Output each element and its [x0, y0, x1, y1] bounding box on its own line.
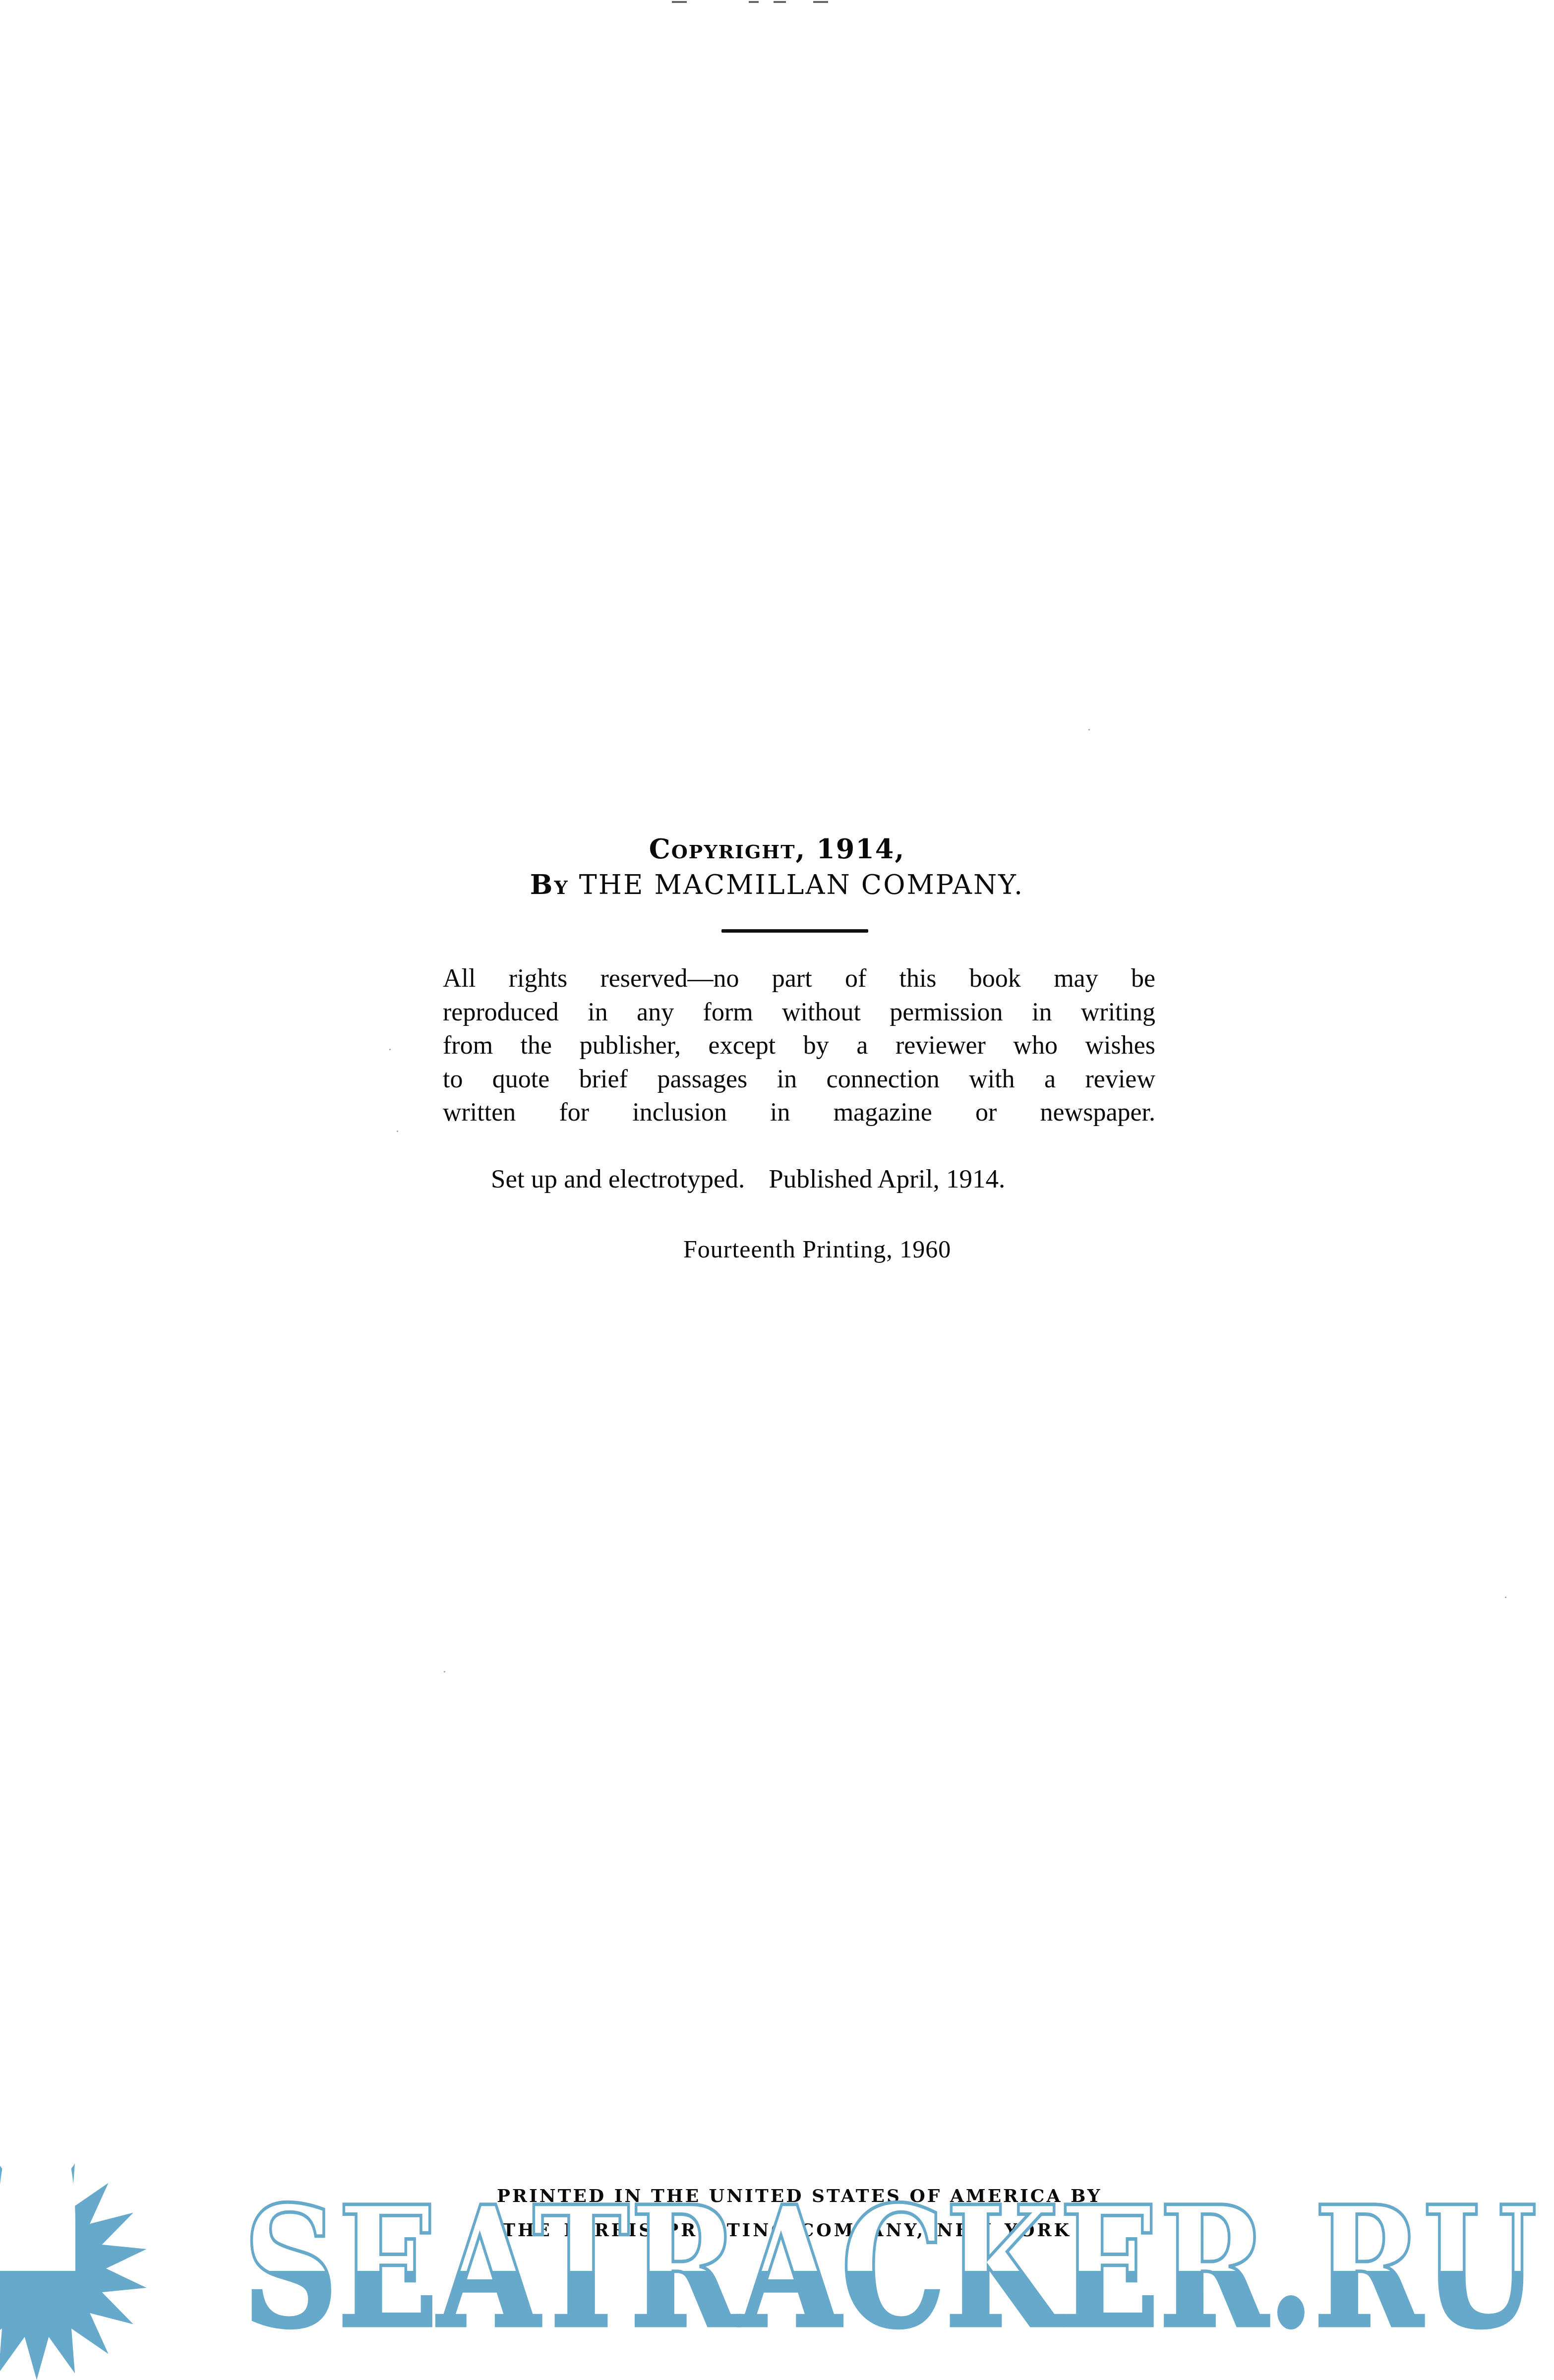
publisher-prefix: By — [530, 869, 569, 900]
scan-artifact — [774, 1, 786, 3]
scan-speck — [1505, 1597, 1506, 1598]
divider-rule — [721, 929, 868, 933]
setup-note: Set up and electrotyped. — [491, 1165, 745, 1193]
scan-speck — [444, 1671, 445, 1672]
copyright-comma: , — [796, 833, 817, 865]
copyright-notice: Copyright, 1914, — [0, 833, 1554, 865]
publisher-name: THE MACMILLAN COMPANY. — [579, 869, 1024, 900]
rights-line: reproduced in any form without permissio… — [443, 996, 1155, 1029]
copyright-year: 1914, — [816, 833, 905, 865]
rights-line: All rights reserved—no part of this book… — [443, 962, 1155, 996]
publisher-notice: By THE MACMILLAN COMPANY. — [0, 869, 1554, 900]
publication-info: Set up and electrotyped.Published April,… — [491, 1164, 1097, 1194]
rights-reserved-paragraph: All rights reserved—no part of this book… — [443, 962, 1155, 1130]
watermark: SEATRACKER.RU SEATRACKER.RU — [0, 2147, 1554, 2380]
printing-edition: Fourteenth Printing, 1960 — [683, 1235, 951, 1263]
rights-line: from the publisher, except by a reviewer… — [443, 1029, 1155, 1063]
scan-speck — [389, 1049, 391, 1050]
publication-date: Published April, 1914. — [769, 1165, 1005, 1193]
rights-line: written for inclusion in magazine or new… — [443, 1096, 1155, 1130]
scan-speck — [1088, 729, 1090, 730]
sunburst-icon — [0, 2147, 147, 2380]
copyright-label: Copyright — [649, 833, 796, 865]
printer-line-2: THE FERRIS PRINTING COMPANY, NEW YORK — [502, 2220, 1072, 2241]
scan-speck — [397, 1130, 398, 1132]
scan-artifact — [749, 1, 759, 3]
rights-line: to quote brief passages in connection wi… — [443, 1063, 1155, 1096]
scan-artifact — [813, 1, 828, 3]
printer-line-1: PRINTED IN THE UNITED STATES OF AMERICA … — [497, 2186, 1087, 2206]
scan-artifact — [672, 1, 687, 3]
